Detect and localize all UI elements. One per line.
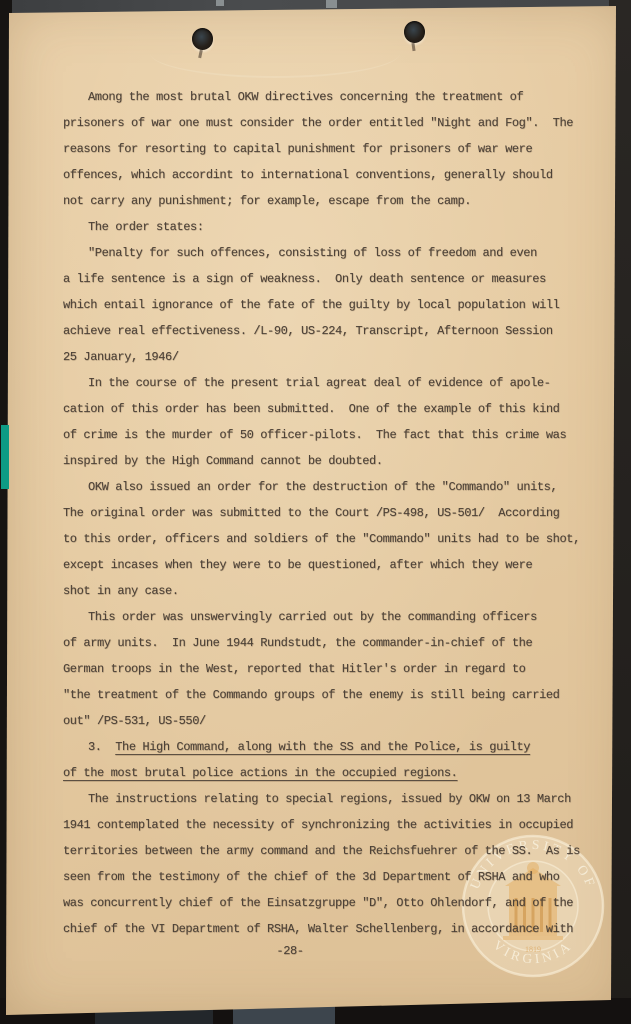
text-line: In the course of the present trial agrea… [63,370,597,396]
text-line: OKW also issued an order for the destruc… [63,474,597,500]
text-line: shot in any case. [63,578,597,604]
text-line: This order was unswervingly carried out … [63,604,597,630]
document-body: Among the most brutal OKW directives con… [63,84,597,942]
text-line: cation of this order has been submitted.… [63,396,597,422]
text-line: was concurrently chief of the Einsatzgru… [63,890,597,916]
text-line: a life sentence is a sign of weakness. O… [63,266,597,292]
text-line: The order states: [63,214,597,240]
punch-hole-right [404,21,425,43]
text-line: "the treatment of the Commando groups of… [63,682,597,708]
text-line: inspired by the High Command cannot be d… [63,448,597,474]
page-number: -28- [255,944,325,958]
paper-crease [150,28,400,78]
text-line: except incases when they were to be ques… [63,552,597,578]
text-line: The instructions relating to special reg… [63,786,597,812]
scan-artifact [216,0,224,6]
heading-number: 3. [88,740,115,754]
punch-hole-left [192,28,213,50]
text-line: territories between the army command and… [63,838,597,864]
text-line: out" /PS-531, US-550/ [63,708,597,734]
document-page: UNIVERSITY OF VIRGINIA 1819 Among the mo… [0,0,631,1024]
text-line: 25 January, 1946/ [63,344,597,370]
teal-bookmark-stripe [1,425,9,489]
text-line: "Penalty for such offences, consisting o… [63,240,597,266]
text-line: offences, which accordint to internation… [63,162,597,188]
text-line: of crime is the murder of 50 officer-pil… [63,422,597,448]
text-line: 1941 contemplated the necessity of synch… [63,812,597,838]
text-line: of army units. In June 1944 Rundstudt, t… [63,630,597,656]
section-heading-line: of the most brutal police actions in the… [63,760,597,786]
text-line: The original order was submitted to the … [63,500,597,526]
text-line: prisoners of war one must consider the o… [63,110,597,136]
text-line: to this order, officers and soldiers of … [63,526,597,552]
text-line: German troops in the West, reported that… [63,656,597,682]
text-line: not carry any punishment; for example, e… [63,188,597,214]
text-line: achieve real effectiveness. /L-90, US-22… [63,318,597,344]
text-line: chief of the VI Department of RSHA, Walt… [63,916,597,942]
scan-artifact [326,0,337,8]
seal-year: 1819 [525,945,541,954]
section-heading-line: 3. The High Command, along with the SS a… [63,734,597,760]
text-line: reasons for resorting to capital punishm… [63,136,597,162]
text-line: which entail ignorance of the fate of th… [63,292,597,318]
text-line: seen from the testimony of the chief of … [63,864,597,890]
text-line: Among the most brutal OKW directives con… [63,84,597,110]
